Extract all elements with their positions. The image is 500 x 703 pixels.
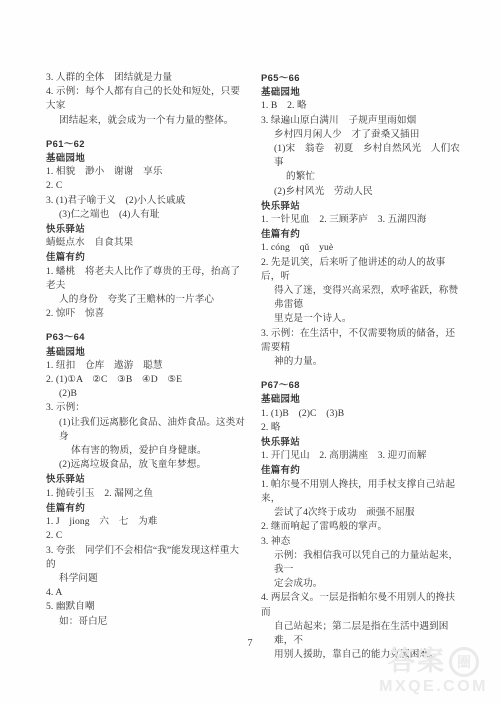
answer-line: 2. C	[46, 179, 248, 193]
answer-line: 1. 纽扣 仓库 遨游 聪慧	[46, 359, 248, 373]
answer-line: 如：哥白尼	[46, 615, 248, 629]
section-heading: 快乐驿站	[46, 472, 248, 486]
section-heading: 基础园地	[261, 392, 463, 406]
answer-line: 2. 继而响起了雷鸣般的掌声。	[261, 520, 463, 534]
section-heading: P63～64	[46, 330, 248, 344]
answer-line: (2)远离垃圾食品，放飞童年梦想。	[46, 458, 248, 472]
answer-line: 1. B 2. 略	[261, 99, 463, 113]
answer-line: 里克是一个诗人。	[261, 312, 463, 326]
right-column: P65～66基础园地1. B 2. 略3. 绿遍山原白满川 子规声里雨如烟乡村四…	[261, 71, 463, 662]
answer-line: 神的力量。	[261, 355, 463, 369]
answer-line: 5. 幽默自嘲	[46, 600, 248, 614]
answer-line: 3. 神态	[261, 535, 463, 549]
answer-line: 2. 惊吓 惊喜	[46, 307, 248, 321]
answer-line: 1. 抛砖引玉 2. 漏网之鱼	[46, 487, 248, 501]
section-heading: 佳篇有约	[46, 250, 248, 264]
section-heading: 佳篇有约	[46, 501, 248, 515]
answer-line: (2)B	[46, 387, 248, 401]
watermark-brand-text: 答案	[388, 646, 446, 676]
answer-line: 的繁忙	[261, 170, 463, 184]
answer-line: (1)宋 翁卷 初夏 乡村自然风光 人们农事	[261, 142, 463, 170]
section-spacer	[46, 321, 248, 330]
section-heading: 佳篇有约	[261, 463, 463, 477]
answer-line: 2. (1)①A ②C ③B ④D ⑤E	[46, 373, 248, 387]
section-heading: 快乐驿站	[261, 199, 463, 213]
answer-line: 1. 开门见山 2. 高朋满座 3. 迎刃而解	[261, 449, 463, 463]
answer-columns: 3. 人群的全体 团结就是力量4. 示例：每个人都有自己的长处和短处，只要大家团…	[46, 71, 464, 662]
answer-line: (3)仁之端也 (4)人有耻	[46, 208, 248, 222]
answer-line: 4. A	[46, 586, 248, 600]
section-spacer	[46, 128, 248, 137]
section-heading: P61～62	[46, 137, 248, 151]
answer-line: 团结起来，就会成为一个有力量的整体。	[46, 114, 248, 128]
section-heading: 基础园地	[46, 151, 248, 165]
answer-line: 3. (1)君子喻于义 (2)小人长戚戚	[46, 194, 248, 208]
watermark-site: MXQE.COM	[379, 677, 488, 697]
section-spacer	[261, 369, 463, 378]
answer-line: (2)乡村风光 劳动人民	[261, 185, 463, 199]
answer-line: 1. 相貌 渺小 谢谢 享乐	[46, 165, 248, 179]
section-heading: 快乐驿站	[261, 435, 463, 449]
answer-line: 乡村四月闲人少 才了蚕桑又插田	[261, 128, 463, 142]
answer-line: 得入了迷，变得兴高采烈，欢呼雀跃，称赞弗雷德	[261, 284, 463, 312]
answer-line: 蜻蜓点水 自食其果	[46, 236, 248, 250]
answer-line: 1. (1)B (2)C (3)B	[261, 407, 463, 421]
answer-line: 科学问题	[46, 572, 248, 586]
answer-line: 3. 绿遍山原白满川 子规声里雨如烟	[261, 114, 463, 128]
watermark-brand: 答案圈	[379, 646, 488, 677]
answer-line: 4. 示例：每个人都有自己的长处和短处，只要大家	[46, 85, 248, 113]
answer-line: 4. 两层含义。一层是指帕尔曼不用别人的搀扶而	[261, 591, 463, 619]
watermark-circle-logo-icon: 圈	[449, 647, 479, 677]
section-heading: 基础园地	[46, 345, 248, 359]
answer-line: 1. cóng qǔ yuè	[261, 241, 463, 255]
answer-line: 2. C	[46, 529, 248, 543]
section-heading: 基础园地	[261, 85, 463, 99]
section-heading: 佳篇有约	[261, 227, 463, 241]
left-column: 3. 人群的全体 团结就是力量4. 示例：每个人都有自己的长处和短处，只要大家团…	[46, 71, 248, 662]
answer-line: 定会成功。	[261, 577, 463, 591]
answer-line: 3. 示例：	[46, 401, 248, 415]
answer-line: 1. J jiong 六 七 为难	[46, 515, 248, 529]
answer-line: 2. 略	[261, 421, 463, 435]
answer-line: 1. 一针见血 2. 三顾茅庐 3. 五湖四海	[261, 213, 463, 227]
answer-line: (1)让我们远离膨化食品、油炸食品。这类对身	[46, 416, 248, 444]
answer-line: 1. 蟠桃 将老夫人比作了尊贵的王母，抬高了老夫	[46, 265, 248, 293]
answer-line: 人的身份 夸奖了王赡林的一片孝心	[46, 293, 248, 307]
answer-line: 尝试了4次终于成功 顽强不屈服	[261, 506, 463, 520]
answer-line: 3. 人群的全体 团结就是力量	[46, 71, 248, 85]
answer-line: 3. 示例：在生活中，不仅需要物质的储备，还需要精	[261, 327, 463, 355]
section-heading: P67～68	[261, 378, 463, 392]
section-heading: 快乐驿站	[46, 222, 248, 236]
answer-line: 3. 夸张 同学们不会相信“我”能发现这样重大的	[46, 544, 248, 572]
watermark: 答案圈 MXQE.COM	[379, 646, 488, 697]
section-heading: P65～66	[261, 71, 463, 85]
answer-key-page: 3. 人群的全体 团结就是力量4. 示例：每个人都有自己的长处和短处，只要大家团…	[0, 0, 500, 703]
answer-line: 2. 先是讥笑，后来听了他讲述的动人的故事后，听	[261, 256, 463, 284]
answer-line: 1. 帕尔曼不用别人搀扶，用手杖支撑自己站起来，	[261, 478, 463, 506]
answer-line: 示例：我相信我可以凭自己的力量站起来，我一	[261, 549, 463, 577]
answer-line: 体有害的物质，爱护自身健康。	[46, 444, 248, 458]
